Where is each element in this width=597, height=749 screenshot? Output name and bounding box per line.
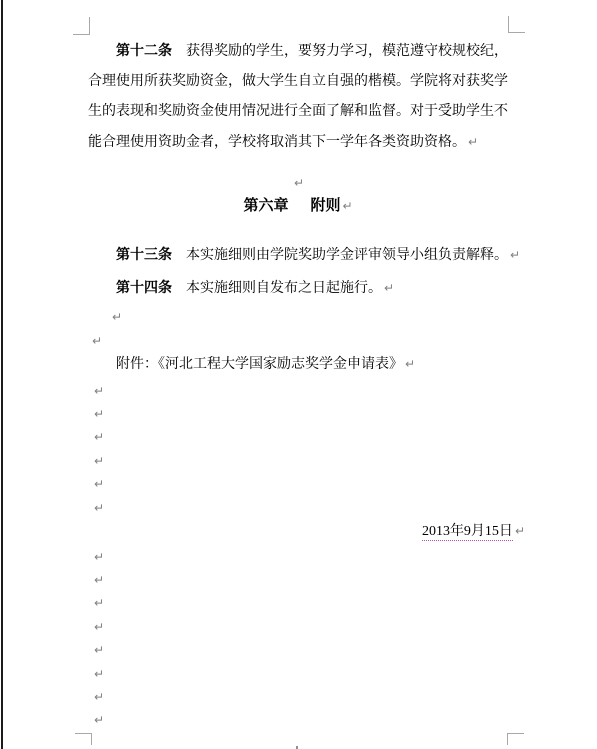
- paragraph-mark: ↵: [112, 310, 122, 324]
- paragraph-mark: ↵: [468, 135, 478, 149]
- empty-paragraph: ↵: [92, 662, 104, 685]
- paragraph-mark: ↵: [94, 550, 104, 564]
- page-edge-line: [1, 0, 3, 749]
- paragraph-mark: ↵: [510, 248, 520, 262]
- document-date: 2013年9月15日: [422, 524, 513, 541]
- article-14-text: 本实施细则自发布之日起施行。: [186, 281, 382, 296]
- empty-paragraph: ↵: [92, 402, 104, 425]
- article-12-line-3: 生的表现和奖励资金使用情况进行全面了解和监督。对于受助学生不: [88, 97, 524, 127]
- paragraph-mark: ↵: [94, 501, 104, 515]
- empty-paragraph: ↵: [92, 639, 104, 662]
- article-13-label: 第十三条: [116, 248, 172, 263]
- article-12-line-2: 合理使用所获奖励资金，做大学生自立自强的楷模。学院将对获奖学: [88, 67, 524, 97]
- paragraph-mark: ↵: [94, 667, 104, 681]
- paragraph-mark: ↵: [94, 690, 104, 704]
- paragraph-mark: ↵: [384, 281, 394, 295]
- paragraph-mark: ↵: [94, 573, 104, 587]
- article-12-text: 获得奖励的学生，要努力学习，模范遵守校规校纪，: [186, 44, 508, 59]
- article-14-label: 第十四条: [116, 281, 172, 296]
- paragraph-mark: ↵: [94, 384, 104, 398]
- paragraph-mark: ↵: [94, 620, 104, 634]
- empty-paragraph-group-a[interactable]: ↵ ↵ ↵ ↵ ↵ ↵: [92, 379, 104, 519]
- paragraph-mark: ↵: [94, 477, 104, 491]
- paragraph-mark: ↵: [405, 357, 415, 371]
- paragraph-mark: ↵: [94, 430, 104, 444]
- paragraph-article-13[interactable]: 第十三条本实施细则由学院奖助学金评审领导小组负责解释。↵: [88, 240, 524, 271]
- paragraph-mark: ↵: [94, 407, 104, 421]
- text-boundary-mark-top-right: [508, 16, 525, 33]
- paragraph-mark: ↵: [94, 643, 104, 657]
- article-12-line-4: 能合理使用资助金者，学校将取消其下一学年各类资助资格。↵: [88, 127, 524, 157]
- paragraph-article-12[interactable]: 第十二条获得奖励的学生，要努力学习，模范遵守校规校纪， 合理使用所获奖励资金，做…: [88, 37, 524, 157]
- empty-paragraph: ↵: [92, 545, 104, 568]
- paragraph-mark: ↵: [92, 334, 102, 348]
- paragraph-mark: ↵: [294, 176, 304, 190]
- empty-paragraph: ↵: [92, 592, 104, 615]
- article-12-label: 第十二条: [116, 44, 172, 59]
- empty-paragraph: ↵: [92, 685, 104, 708]
- article-12-line-1: 第十二条获得奖励的学生，要努力学习，模范遵守校规校纪，: [88, 37, 524, 67]
- paragraph-mark: ↵: [94, 454, 104, 468]
- chapter-title: 附则: [310, 198, 340, 214]
- attachment-line[interactable]: 附件：《河北工程大学国家励志奖学金申请表》↵: [88, 349, 524, 380]
- paragraph-article-14[interactable]: 第十四条本实施细则自发布之日起施行。↵: [88, 273, 524, 304]
- text-boundary-mark-bottom-left: [75, 733, 92, 745]
- chapter-6-heading[interactable]: 第六章附则↵: [88, 191, 508, 221]
- paragraph-mark: ↵: [342, 199, 352, 213]
- attachment-text: 《河北工程大学国家励志奖学金申请表》: [158, 357, 403, 372]
- empty-paragraph: ↵: [92, 426, 104, 449]
- empty-paragraph: ↵: [92, 615, 104, 638]
- date-line[interactable]: 2013年9月15日↵: [88, 516, 525, 547]
- text-boundary-mark-top-left: [73, 17, 90, 35]
- empty-paragraph: ↵: [92, 568, 104, 591]
- empty-paragraph-group-b[interactable]: ↵ ↵ ↵ ↵ ↵ ↵ ↵ ↵: [92, 545, 104, 732]
- paragraph-mark: ↵: [94, 713, 104, 727]
- empty-paragraph: ↵: [92, 473, 104, 496]
- empty-paragraph: ↵: [92, 449, 104, 472]
- document-page[interactable]: 第十二条获得奖励的学生，要努力学习，模范遵守校规校纪， 合理使用所获奖励资金，做…: [0, 0, 597, 749]
- article-13-text: 本实施细则由学院奖助学金评审领导小组负责解释。: [186, 248, 508, 263]
- paragraph-mark: ↵: [94, 596, 104, 610]
- paragraph-mark: ↵: [515, 524, 525, 538]
- empty-paragraph: ↵: [92, 379, 104, 402]
- chapter-number: 第六章: [243, 198, 288, 214]
- attachment-label: 附件：: [116, 357, 158, 372]
- text-boundary-mark-bottom-right: [507, 733, 524, 745]
- empty-paragraph: ↵: [92, 709, 104, 732]
